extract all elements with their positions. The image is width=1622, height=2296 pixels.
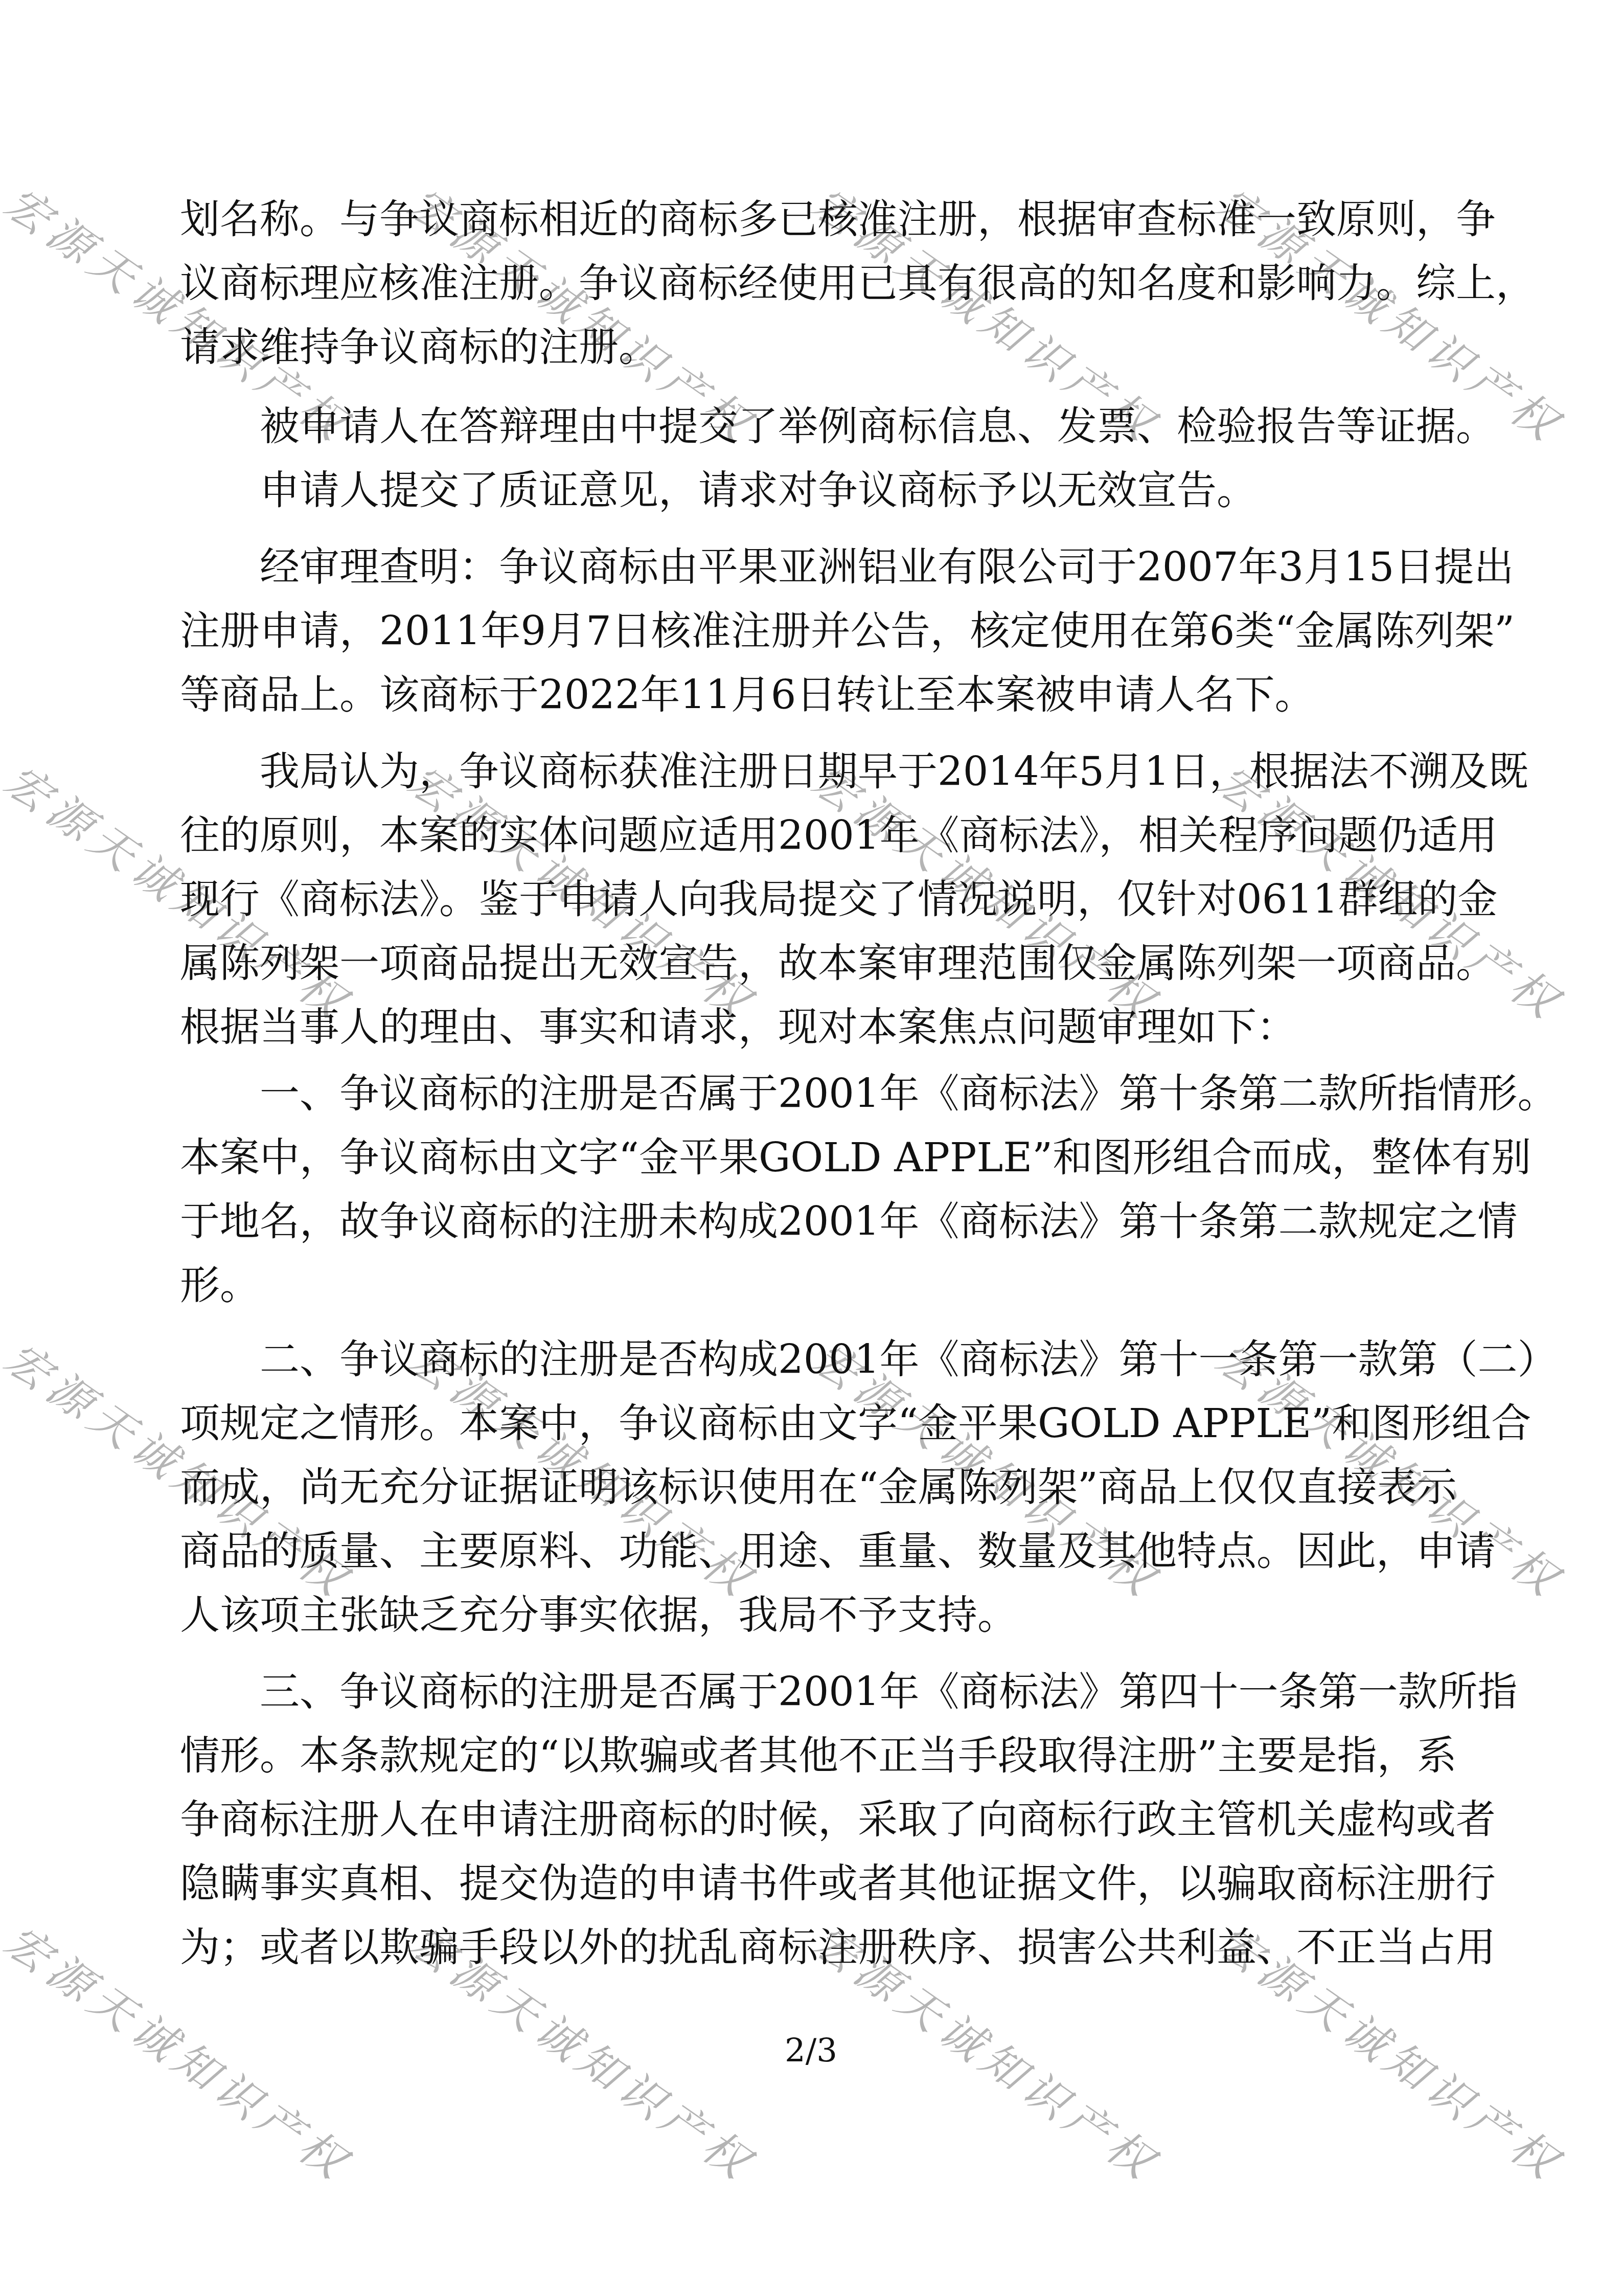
- text-line: 于地名，故争议商标的注册未构成2001年《商标法》第十条第二款规定之情: [180, 1196, 1448, 1247]
- text-line: 隐瞒事实真相、提交伪造的申请书件或者其他证据文件，以骗取商标注册行: [180, 1858, 1448, 1909]
- page-number: 2/3: [0, 2032, 1622, 2070]
- text-line: 等商品上。该商标于2022年11月6日转让至本案被申请人名下。: [180, 670, 1448, 721]
- text-line: 议商标理应核准注册。争议商标经使用已具有很高的知名度和影响力。综上，: [180, 258, 1448, 309]
- text-line: 一、争议商标的注册是否属于2001年《商标法》第十条第二款所指情形。: [260, 1069, 1448, 1120]
- text-line: 人该项主张缺乏充分事实依据，我局不予支持。: [180, 1590, 1448, 1641]
- text-line: 商品的质量、主要原料、功能、用途、重量、数量及其他特点。因此，申请: [180, 1526, 1448, 1577]
- text-line: 为；或者以欺骗手段以外的扰乱商标注册秩序、损害公共利益、不正当占用: [180, 1922, 1448, 1973]
- text-line: 三、争议商标的注册是否属于2001年《商标法》第四十一条第一款所指: [260, 1667, 1448, 1718]
- text-line: 本案中，争议商标由文字“金平果GOLD APPLE”和图形组合而成，整体有别: [180, 1132, 1448, 1184]
- text-line: 往的原则，本案的实体问题应适用2001年《商标法》，相关程序问题仍适用: [180, 810, 1448, 861]
- text-line: 项规定之情形。本案中，争议商标由文字“金平果GOLD APPLE”和图形组合: [180, 1398, 1448, 1449]
- text-line: 划名称。与争议商标相近的商标多已核准注册，根据审查标准一致原则，争: [180, 194, 1448, 245]
- text-line: 二、争议商标的注册是否构成2001年《商标法》第十一条第一款第（二）: [260, 1334, 1448, 1385]
- text-line: 现行《商标法》。鉴于申请人向我局提交了情况说明，仅针对0611群组的金: [180, 874, 1448, 925]
- text-line: 形。: [180, 1260, 1448, 1311]
- text-line: 请求维持争议商标的注册。: [180, 322, 1448, 373]
- text-line: 情形。本条款规定的“以欺骗或者其他不正当手段取得注册”主要是指，系: [180, 1731, 1448, 1782]
- text-line: 经审理查明：争议商标由平果亚洲铝业有限公司于2007年3月15日提出: [260, 542, 1448, 593]
- text-line: 被申请人在答辩理由中提交了举例商标信息、发票、检验报告等证据。: [260, 401, 1448, 452]
- text-line: 而成，尚无充分证据证明该标识使用在“金属陈列架”商品上仅仅直接表示: [180, 1462, 1448, 1513]
- text-line: 我局认为，争议商标获准注册日期早于2014年5月1日，根据法不溯及既: [260, 746, 1448, 798]
- text-line: 争商标注册人在申请注册商标的时候，采取了向商标行政主管机关虚构或者: [180, 1794, 1448, 1846]
- document-page: 宏源天诚知识产权宏源天诚知识产权宏源天诚知识产权宏源天诚知识产权宏源天诚知识产权…: [0, 0, 1622, 2296]
- text-line: 根据当事人的理由、事实和请求，现对本案焦点问题审理如下：: [180, 1002, 1448, 1053]
- text-line: 申请人提交了质证意见，请求对争议商标予以无效宣告。: [260, 465, 1448, 516]
- text-line: 注册申请，2011年9月7日核准注册并公告，核定使用在第6类“金属陈列架”: [180, 606, 1448, 657]
- text-line: 属陈列架一项商品提出无效宣告，故本案审理范围仅金属陈列架一项商品。: [180, 938, 1448, 989]
